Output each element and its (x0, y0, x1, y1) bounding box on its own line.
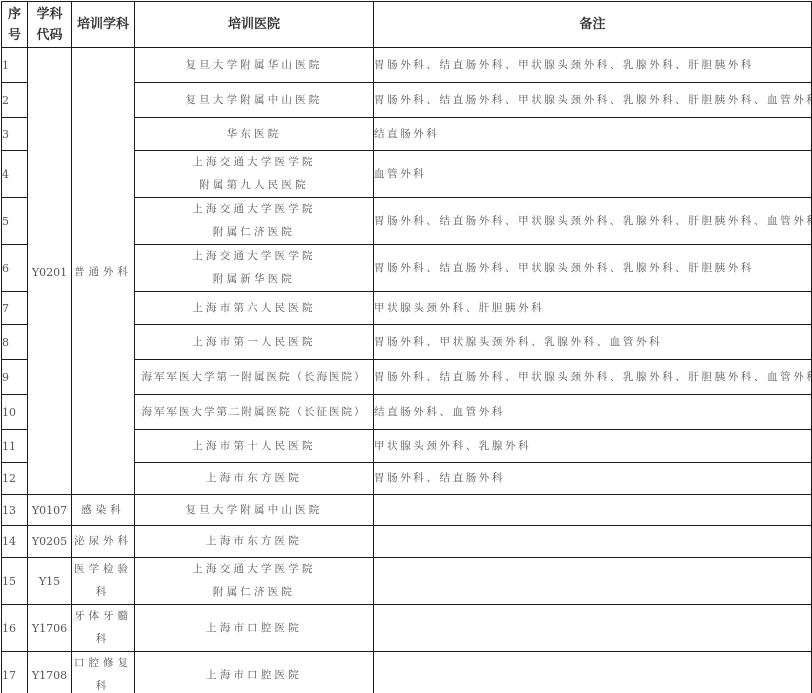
hospital-name-line1: 上海交通大学医学院 (135, 245, 373, 268)
row-index: 2 (2, 83, 28, 118)
subject-name: 泌尿外科 (72, 530, 134, 553)
hospital-cell: 上海交通大学医学院 附属第九人民医院 (135, 151, 374, 198)
notes-cell: 结直肠外科 (374, 118, 812, 151)
header-subject: 培训学科 (72, 2, 135, 48)
hospital-name: 复旦大学附属中山医院 (135, 89, 373, 112)
subject-name-line2: 科 (72, 628, 134, 651)
notes-cell: 胃肠外科、结直肠外科、甲状腺头颈外科、乳腺外科、肝胆胰外科 (374, 245, 812, 292)
subject-code: Y15 (28, 558, 72, 605)
hospital-cell: 海军军医大学第二附属医院（长征医院） (135, 395, 374, 430)
hospital-cell: 上海市第十人民医院 (135, 430, 374, 463)
training-hospitals-table: 序 号 学科 代码 培训学科 培训医院 备注 1 Y0201 普通外科 复旦大学… (1, 1, 812, 693)
subject-name-line2: 科 (72, 675, 134, 693)
header-hospital: 培训医院 (135, 2, 374, 48)
notes-cell: 胃肠外科、结直肠外科、甲状腺头颈外科、乳腺外科、肝胆胰外科、血管外科 (374, 198, 812, 245)
hospital-cell: 上海交通大学医学院 附属新华医院 (135, 245, 374, 292)
header-notes: 备注 (374, 2, 812, 48)
hospital-name: 复旦大学附属中山医院 (135, 499, 373, 522)
table-row: 15 Y15 医学检验 科 上海交通大学医学院 附属仁济医院 (2, 558, 812, 605)
subject-code: Y0107 (28, 495, 72, 526)
row-index: 3 (2, 118, 28, 151)
notes-cell: 胃肠外科、结直肠外科、甲状腺头颈外科、乳腺外科、肝胆胰外科、血管外科 (374, 83, 812, 118)
table-row: 14 Y0205 泌尿外科 上海市东方医院 (2, 526, 812, 558)
merged-subject-cell: 普通外科 (72, 48, 135, 495)
header-index-line1: 序 (2, 4, 27, 25)
row-index: 9 (2, 360, 28, 395)
notes-cell: 甲状腺头颈外科、肝胆胰外科 (374, 292, 812, 325)
table-row: 13 Y0107 感染科 复旦大学附属中山医院 (2, 495, 812, 526)
subject-code: Y1706 (28, 605, 72, 652)
hospital-cell: 上海交通大学医学院 附属仁济医院 (135, 558, 374, 605)
header-code-line1: 学科 (28, 4, 71, 25)
hospital-cell: 复旦大学附属中山医院 (135, 495, 374, 526)
hospital-name-line2: 附属仁济医院 (135, 581, 373, 604)
hospital-name-line2: 附属仁济医院 (135, 221, 373, 244)
subject-name-line1: 口腔修复 (72, 652, 134, 675)
row-index: 16 (2, 605, 28, 652)
hospital-cell: 复旦大学附属中山医院 (135, 83, 374, 118)
hospital-cell: 上海市第六人民医院 (135, 292, 374, 325)
hospital-cell: 复旦大学附属华山医院 (135, 48, 374, 83)
hospital-name-line1: 上海交通大学医学院 (135, 198, 373, 221)
header-code: 学科 代码 (28, 2, 72, 48)
hospital-name: 上海市口腔医院 (135, 617, 373, 640)
row-index: 12 (2, 463, 28, 495)
subject-cell: 泌尿外科 (72, 526, 135, 558)
table-row: 17 Y1708 口腔修复 科 上海市口腔医院 (2, 652, 812, 693)
row-index: 11 (2, 430, 28, 463)
row-index: 13 (2, 495, 28, 526)
hospital-name: 海军军医大学第一附属医院（长海医院） (135, 366, 373, 389)
subject-code: Y0201 (28, 261, 71, 284)
hospital-cell: 上海市第一人民医院 (135, 325, 374, 360)
subject-name-line1: 医学检验 (72, 558, 134, 581)
notes-cell: 甲状腺头颈外科、乳腺外科 (374, 430, 812, 463)
row-index: 6 (2, 245, 28, 292)
hospital-name-line2: 附属新华医院 (135, 268, 373, 291)
subject-code: Y0205 (28, 526, 72, 558)
hospital-cell: 海军军医大学第一附属医院（长海医院） (135, 360, 374, 395)
hospital-name: 上海市第十人民医院 (135, 435, 373, 458)
hospital-name: 上海市东方医院 (135, 530, 373, 553)
notes-cell (374, 605, 812, 652)
row-index: 10 (2, 395, 28, 430)
hospital-name: 海军军医大学第二附属医院（长征医院） (135, 401, 373, 424)
subject-name: 感染科 (72, 499, 134, 522)
notes-cell: 胃肠外科、结直肠外科、甲状腺头颈外科、乳腺外科、肝胆胰外科、血管外科 (374, 360, 812, 395)
hospital-name: 上海市东方医院 (135, 467, 373, 490)
row-index: 5 (2, 198, 28, 245)
subject-cell: 口腔修复 科 (72, 652, 135, 693)
hospital-name: 华东医院 (135, 123, 373, 146)
row-index: 15 (2, 558, 28, 605)
notes-cell (374, 495, 812, 526)
row-index: 4 (2, 151, 28, 198)
header-index: 序 号 (2, 2, 28, 48)
hospital-cell: 上海市东方医院 (135, 526, 374, 558)
hospital-cell: 华东医院 (135, 118, 374, 151)
row-index: 14 (2, 526, 28, 558)
row-index: 1 (2, 48, 28, 83)
hospital-name: 复旦大学附属华山医院 (135, 54, 373, 77)
hospital-name: 上海市第六人民医院 (135, 297, 373, 320)
notes-cell (374, 526, 812, 558)
row-index: 7 (2, 292, 28, 325)
notes-cell (374, 558, 812, 605)
subject-code: Y1708 (28, 652, 72, 693)
table-row: 16 Y1706 牙体牙髓 科 上海市口腔医院 (2, 605, 812, 652)
hospital-name-line2: 附属第九人民医院 (135, 174, 373, 197)
header-index-line2: 号 (2, 25, 27, 46)
notes-cell: 胃肠外科、结直肠外科、甲状腺头颈外科、乳腺外科、肝胆胰外科 (374, 48, 812, 83)
table-row: 1 Y0201 普通外科 复旦大学附属华山医院 胃肠外科、结直肠外科、甲状腺头颈… (2, 48, 812, 83)
hospital-cell: 上海市口腔医院 (135, 605, 374, 652)
header-row: 序 号 学科 代码 培训学科 培训医院 备注 (2, 2, 812, 48)
row-index: 8 (2, 325, 28, 360)
notes-cell: 结直肠外科、血管外科 (374, 395, 812, 430)
subject-cell: 医学检验 科 (72, 558, 135, 605)
subject-name: 普通外科 (72, 261, 134, 284)
hospital-name: 上海市口腔医院 (135, 664, 373, 687)
subject-cell: 感染科 (72, 495, 135, 526)
row-index: 17 (2, 652, 28, 693)
merged-code-cell: Y0201 (28, 48, 72, 495)
notes-cell: 胃肠外科、甲状腺头颈外科、乳腺外科、血管外科 (374, 325, 812, 360)
hospital-name-line1: 上海交通大学医学院 (135, 558, 373, 581)
hospital-name: 上海市第一人民医院 (135, 331, 373, 354)
header-code-line2: 代码 (28, 25, 71, 46)
hospital-cell: 上海市东方医院 (135, 463, 374, 495)
notes-cell: 胃肠外科、结直肠外科 (374, 463, 812, 495)
hospital-name-line1: 上海交通大学医学院 (135, 151, 373, 174)
subject-cell: 牙体牙髓 科 (72, 605, 135, 652)
subject-name-line1: 牙体牙髓 (72, 605, 134, 628)
notes-cell (374, 652, 812, 693)
subject-name-line2: 科 (72, 581, 134, 604)
hospital-cell: 上海市口腔医院 (135, 652, 374, 693)
notes-cell: 血管外科 (374, 151, 812, 198)
hospital-cell: 上海交通大学医学院 附属仁济医院 (135, 198, 374, 245)
